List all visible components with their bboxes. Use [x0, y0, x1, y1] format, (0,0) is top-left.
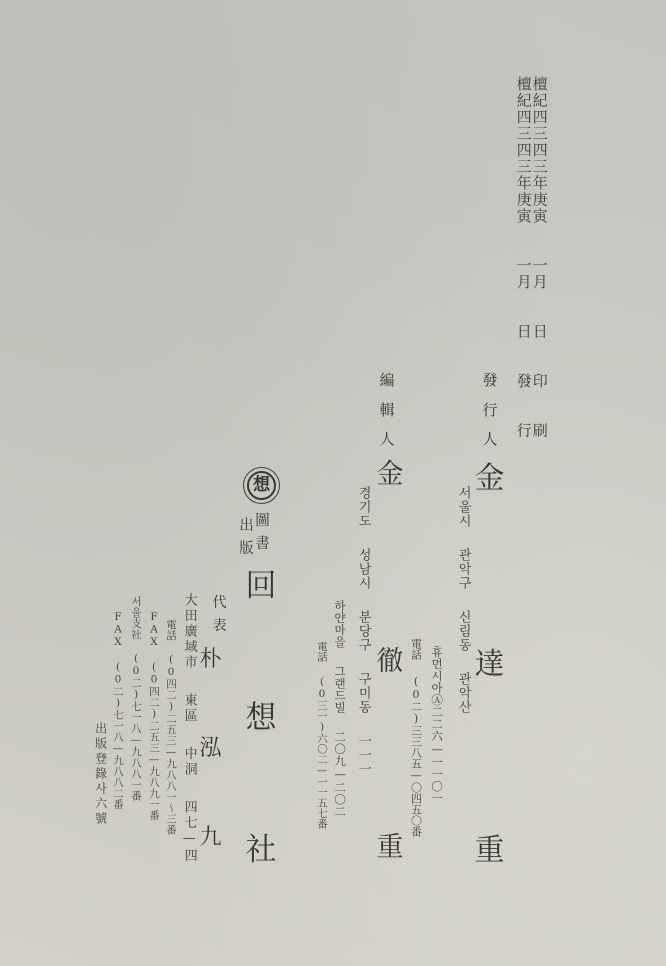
- publisher-address-line2: 휴먼시아Ⓐ二二六—一一〇一: [431, 646, 443, 805]
- representative-label: 代表: [212, 596, 227, 633]
- company-name: 回想社: [245, 571, 277, 866]
- logo-inner-ring: 想: [247, 471, 276, 500]
- editor-phone: 電話 (0三一)六〇二—一一五七番: [316, 641, 327, 829]
- imprint-category-right: 圖書: [255, 514, 270, 551]
- publisher-address-line1: 서울시 관악구 신림동 관악산: [456, 486, 470, 714]
- publisher-name: 金達重: [474, 464, 505, 866]
- editor-name: 金徹重: [376, 461, 404, 861]
- publisher-logo-stamp: 想: [243, 467, 280, 504]
- logo-character: 想: [253, 477, 270, 494]
- publisher-role-label: 發行人: [482, 373, 498, 447]
- printed-date-column: 檀紀四三四三年庚寅 一月 日 印 刷: [531, 76, 547, 439]
- editor-address-line1: 경기도 성남시 분당구 구미동 一一一: [356, 486, 370, 776]
- seoul-branch-fax: FAX (0二)七一八—九八八二番: [112, 611, 123, 810]
- representative-name: 朴泓九: [199, 649, 222, 849]
- seoul-branch-phone: 서울支社 (0二)七一八—九八八一番: [130, 596, 141, 802]
- editor-address-line2: 하얀마을 그랜드빌 二〇九—二〇二: [334, 600, 346, 818]
- editor-role-label: 編輯人: [379, 373, 395, 447]
- publication-registration-number: 出版登錄사六號: [94, 722, 107, 827]
- imprint-category-left: 出版: [239, 519, 254, 556]
- headquarters-phone: 電話 (0四二)二五三—九八八一～三番: [165, 619, 176, 836]
- publisher-phone: 電話 (0二)三三八五—〇四五〇番: [410, 638, 422, 837]
- published-date-column: 檀紀四三四三年庚寅 一月 日 發 行: [515, 76, 531, 439]
- colophon-page: 檀紀四三四三年庚寅 一月 日 印 刷 檀紀四三四三年庚寅 一月 日 發 行 發行…: [0, 0, 666, 966]
- headquarters-fax: FAX (0四二)二五三—九八九一番: [148, 611, 159, 821]
- headquarters-address: 大田廣域市 東區 中洞 四七—四: [182, 593, 196, 864]
